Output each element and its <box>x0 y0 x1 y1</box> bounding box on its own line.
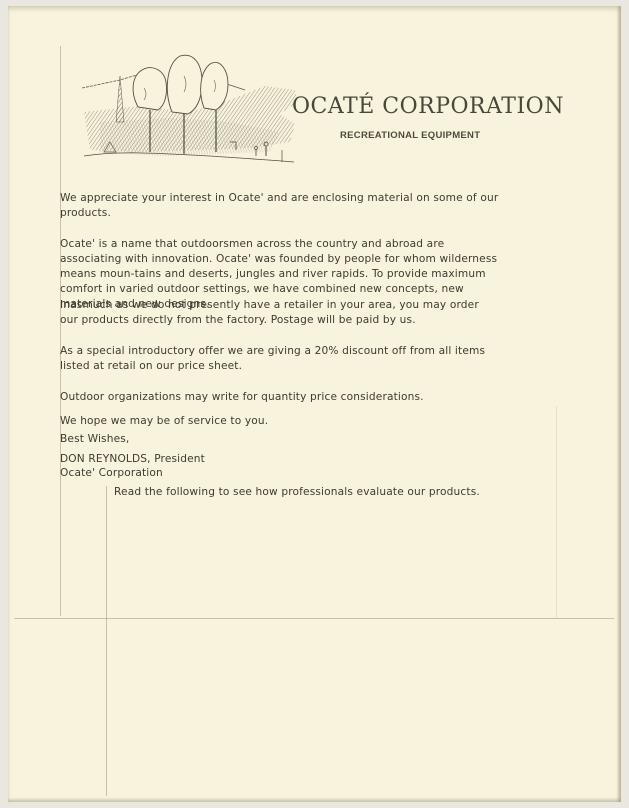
closing-line: We hope we may be of service to you. <box>60 414 500 429</box>
show-through-line <box>60 46 61 616</box>
letter-paragraph: Inasmuch as we do not presently have a r… <box>60 298 500 328</box>
letter-page: OCATÉ CORPORATION RECREATIONAL EQUIPMENT… <box>8 6 621 802</box>
footer-note: Read the following to see how profession… <box>114 485 534 500</box>
show-through-line <box>106 486 107 796</box>
letter-paragraph: As a special introductory offer we are g… <box>60 344 500 374</box>
signer-company: Ocate' Corporation <box>60 466 500 481</box>
letter-paragraph: We appreciate your interest in Ocate' an… <box>60 191 500 221</box>
company-tagline: RECREATIONAL EQUIPMENT <box>340 130 480 141</box>
paragraph-intro: We appreciate your interest in Ocate' an… <box>60 191 500 221</box>
company-name: OCATÉ CORPORATION <box>292 94 564 119</box>
letter-paragraph: Outdoor organizations may write for quan… <box>60 390 500 405</box>
landscape-trees-mountains-illustration <box>80 52 302 170</box>
paragraph-ordering: Inasmuch as we do not presently have a r… <box>60 298 500 328</box>
show-through-line <box>556 406 557 618</box>
paragraph-organizations: Outdoor organizations may write for quan… <box>60 390 500 405</box>
show-through-line <box>14 618 614 619</box>
signer-name: DON REYNOLDS, President <box>60 452 500 467</box>
paragraph-discount: As a special introductory offer we are g… <box>60 344 500 374</box>
salutation: Best Wishes, <box>60 432 500 447</box>
